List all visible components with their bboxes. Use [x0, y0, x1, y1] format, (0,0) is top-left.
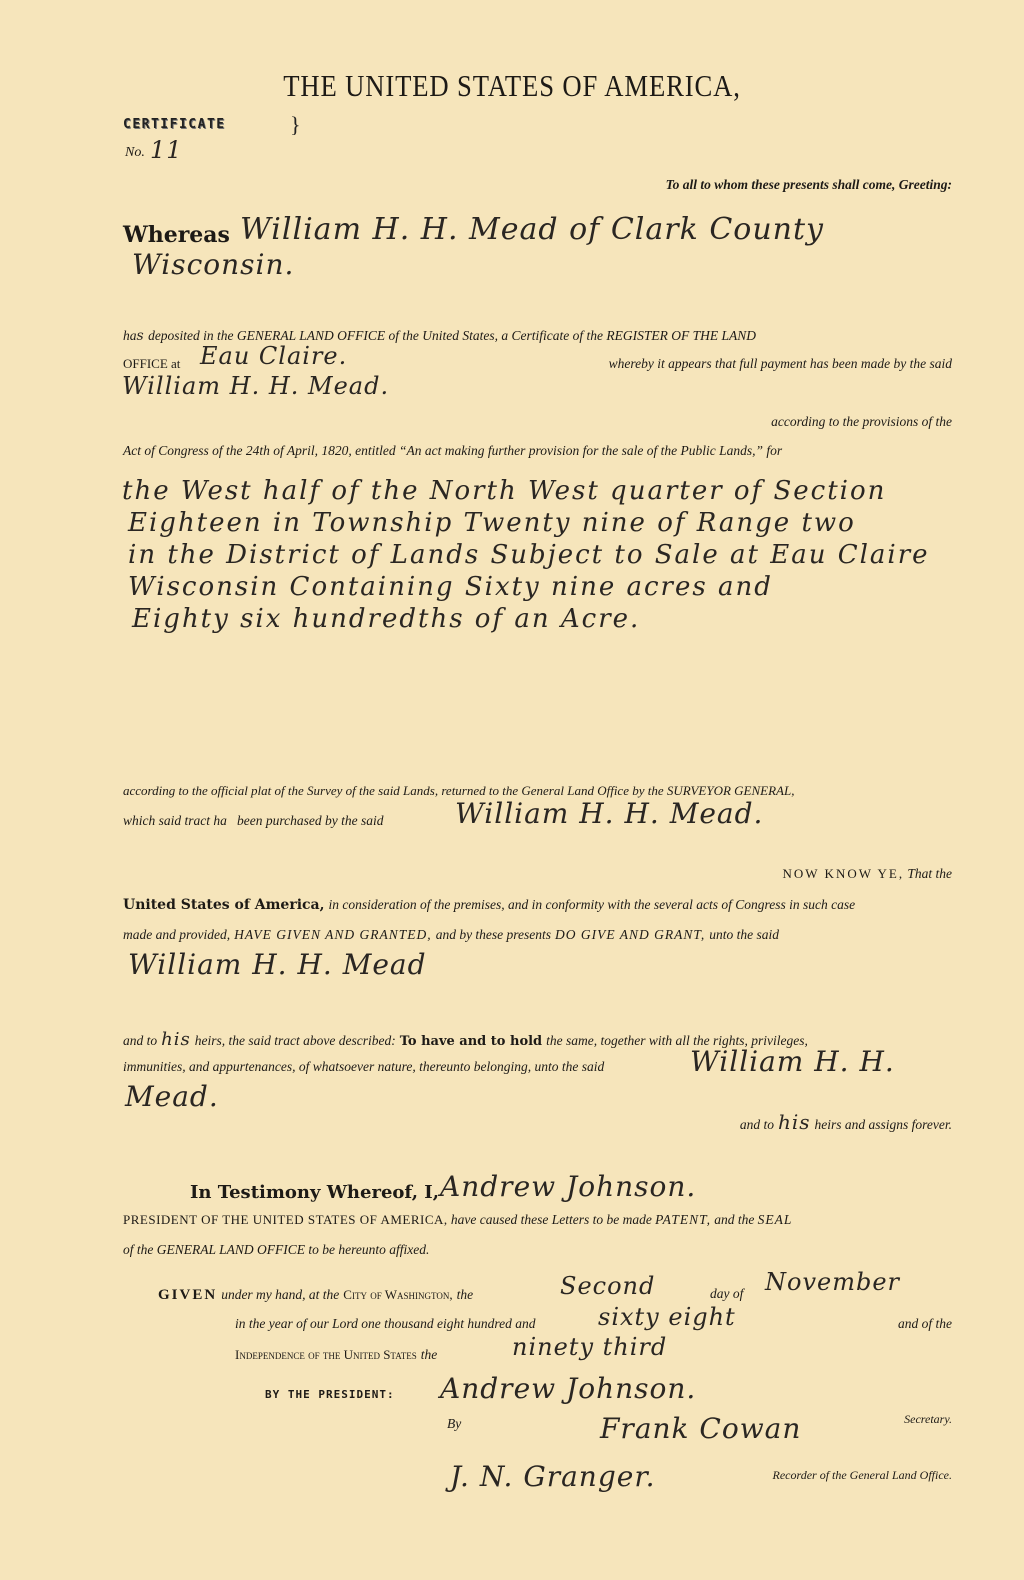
office-location-handwritten: Eau Claire. [200, 342, 347, 370]
day-handwritten: Second [560, 1272, 655, 1300]
land-description-line-4: Wisconsin Containing Sixty nine acres an… [128, 572, 773, 602]
his-handwritten-1: his [161, 1029, 191, 1050]
and-the: and the [714, 1212, 754, 1227]
year-prefix: in the year of our Lord one thousand eig… [235, 1316, 535, 1332]
grantee-handwritten: William H. H. Mead of Clark County [240, 212, 824, 247]
that-the: That the [907, 866, 952, 881]
immunities-text: immunities, and appurtenances, of whatso… [123, 1059, 604, 1075]
his-handwritten-2: his [778, 1110, 811, 1134]
under-hand: under my hand, at the [221, 1287, 339, 1302]
and-by: and by these presents [436, 927, 551, 942]
grant-line-1: United States of America, in considerati… [123, 896, 855, 914]
the-1: the [457, 1287, 474, 1302]
deposit-text: deposited in the GENERAL LAND OFFICE of … [148, 328, 756, 343]
and-to: and to [123, 1033, 157, 1048]
month-handwritten: November [765, 1268, 900, 1296]
consideration-text: in consideration of the premises, and in… [329, 897, 856, 912]
brace-top: } [290, 112, 301, 138]
recorder-label: Recorder of the General Land Office. [772, 1468, 952, 1483]
president-signature: Andrew Johnson. [440, 1372, 696, 1405]
provisions-text: according to the provisions of the [771, 414, 952, 430]
and-of-the: and of the [898, 1316, 952, 1332]
seal: SEAL [758, 1212, 793, 1227]
president-testimony-sig: Andrew Johnson. [440, 1170, 696, 1203]
land-description-line-1: the West half of the North West quarter … [122, 476, 886, 506]
made-provided: made and provided, [123, 927, 230, 942]
grantee-grant-handwritten: William H. H. Mead [128, 948, 427, 981]
purchaser-handwritten: William H. H. Mead. [455, 797, 763, 830]
heirs-assigns: heirs and assigns forever. [815, 1117, 953, 1132]
ha-suffix-handwritten: s [137, 328, 145, 344]
president-caps: PRESIDENT OF THE UNITED STATES OF AMERIC… [123, 1212, 448, 1227]
payer-name-handwritten: William H. H. Mead. [122, 372, 389, 400]
usa-blackletter: United States of America, [123, 897, 325, 913]
full-payment-text: whereby it appears that full payment has… [609, 356, 952, 372]
by-label: By [447, 1416, 461, 1432]
city-of-washington: City of Washington, [343, 1287, 452, 1302]
given-word: GIVEN [158, 1287, 217, 1303]
certificate-no-label: No. [125, 145, 145, 161]
recorder-signature: J. N. Granger. [450, 1460, 656, 1493]
testimony-lead: In Testimony Whereof, I, [190, 1182, 439, 1203]
ha-prefix: ha [123, 328, 137, 343]
patent: PATENT, [655, 1212, 711, 1227]
grantee-immunities-handwritten-2: Mead. [125, 1080, 219, 1113]
secretary-signature: Frank Cowan [600, 1412, 801, 1445]
now-know-ye: NOW KNOW YE, That the [783, 866, 953, 882]
grant-line-2: made and provided, HAVE GIVEN AND GRANTE… [123, 926, 779, 944]
by-the-president-label: BY THE PRESIDENT: [265, 1388, 395, 1401]
survey-ha: which said tract ha [123, 813, 227, 828]
land-description-line-5: Eighty six hundredths of an Acre. [132, 604, 640, 634]
heirs-assigns-line: and to his heirs and assigns forever. [740, 1110, 952, 1134]
and-to-2: and to [740, 1117, 774, 1132]
have-given: HAVE GIVEN AND GRANTED, [234, 927, 432, 942]
do-give: DO GIVE AND GRANT, [555, 927, 705, 942]
the-2: the [421, 1347, 438, 1362]
given-line-1: GIVEN under my hand, at the City of Wash… [158, 1286, 473, 1304]
heirs-text: heirs, the said tract above described: [195, 1033, 396, 1048]
certificate-label: CERTIFICATE [123, 117, 226, 132]
grantee-immunities-handwritten: William H. H. [690, 1045, 895, 1078]
testimony-line-2: of the GENERAL LAND OFFICE to be hereunt… [123, 1242, 429, 1258]
certificate-number: 11 [150, 136, 183, 164]
to-have-blackletter: To have and to hold [400, 1034, 542, 1049]
survey-purchased-text: been purchased by the said [237, 813, 383, 828]
secretary-label: Secretary. [904, 1412, 952, 1427]
independence-year-handwritten: ninety third [512, 1333, 667, 1361]
independence-text: Independence of the United States [235, 1347, 417, 1362]
document-title: THE UNITED STATES OF AMERICA, [72, 68, 953, 104]
grantee-state-handwritten: Wisconsin. [132, 248, 294, 281]
independence-line: Independence of the United States the [235, 1346, 437, 1364]
testimony-line-1: PRESIDENT OF THE UNITED STATES OF AMERIC… [123, 1212, 792, 1228]
greeting: To all to whom these presents shall come… [666, 177, 952, 193]
land-description-line-3: in the District of Lands Subject to Sale… [128, 540, 930, 570]
survey-line-2: which said tract ha been purchased by th… [123, 813, 383, 829]
whereas-lead: Whereas [123, 222, 230, 248]
have-caused: have caused these Letters to be made [451, 1212, 652, 1227]
day-of: day of [710, 1286, 743, 1302]
now-know-ye-caps: NOW KNOW YE, [783, 866, 905, 881]
year-handwritten: sixty eight [598, 1303, 736, 1331]
office-prefix: OFFICE at [123, 356, 180, 372]
land-description-line-2: Eighteen in Township Twenty nine of Rang… [128, 508, 856, 538]
act-of-congress-text: Act of Congress of the 24th of April, 18… [123, 443, 782, 459]
unto-the-said: unto the said [709, 927, 779, 942]
